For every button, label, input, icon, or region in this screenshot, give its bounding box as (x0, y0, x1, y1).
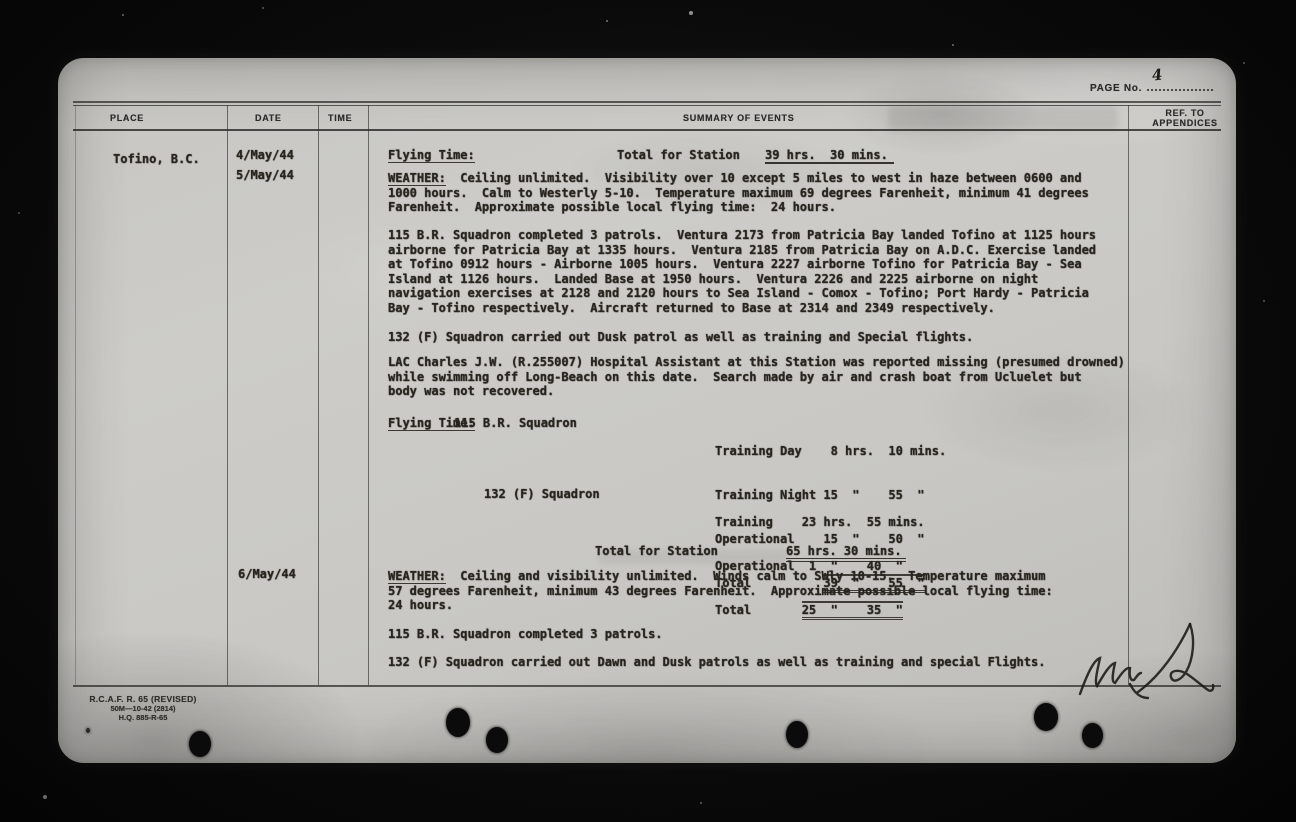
punch-hole (486, 727, 508, 753)
column-header-place: PLACE (110, 113, 144, 124)
squadron-115-label: 115 B.R. Squadron (454, 416, 577, 431)
station-total-label: Total for Station (617, 148, 740, 163)
dusk-patrol-line-132: 132 (F) Squadron carried out Dusk patrol… (388, 330, 973, 345)
weather-entry-4-5-may: WEATHER: Ceiling unlimited. Visibility o… (388, 171, 1089, 215)
table-row: Training Day 8 hrs. 10 mins. (715, 444, 946, 459)
dawn-dusk-line-6-may: 132 (F) Squadron carried out Dawn and Du… (388, 655, 1045, 670)
column-divider-time-summary (368, 105, 369, 685)
stamp-ghost-smudge (888, 106, 1118, 130)
column-header-summary: SUMMARY OF EVENTS (683, 113, 794, 124)
station-total-2-value: 65 hrs. 30 mins. (786, 544, 906, 559)
page-number-label: PAGE No. (1090, 83, 1142, 94)
header-rule-top-1 (73, 101, 1221, 103)
date-entry-4-may: 4/May/44 (236, 148, 294, 163)
weather-entry-6-may: WEATHER: Ceiling and visibility unlimite… (388, 569, 1053, 613)
weather-label: WEATHER: (388, 569, 446, 584)
column-divider-summary-ref (1128, 105, 1129, 685)
page-number: PAGE No. 4 (1090, 78, 1230, 96)
patrols-line-6-may: 115 B.R. Squadron completed 3 patrols. (388, 627, 663, 642)
date-entry-5-may: 5/May/44 (236, 168, 294, 183)
squadron-132-label: 132 (F) Squadron (484, 487, 600, 502)
column-divider-place-date (227, 105, 228, 685)
station-total-value: 39 hrs. 30 mins. (765, 148, 894, 163)
ink-speck (86, 728, 90, 733)
form-identifier: R.C.A.F. R. 65 (REVISED) 50M—10-42 (2814… (78, 694, 208, 722)
punch-hole (189, 731, 211, 757)
column-divider-left (75, 105, 76, 685)
form-id-line1: R.C.A.F. R. 65 (REVISED) (78, 694, 208, 704)
punch-hole (446, 708, 470, 737)
date-entry-6-may: 6/May/44 (238, 567, 296, 582)
column-header-ref-appendices: REF. TO APPENDICES (1141, 108, 1229, 128)
flying-time-table-132: Training 23 hrs. 55 mins. Operational 1 … (715, 486, 925, 647)
station-total-2-label: Total for Station (595, 544, 718, 559)
flying-time-label: Flying Time: (388, 148, 475, 163)
column-header-time: TIME (328, 113, 352, 124)
diary-sheet: PAGE No. 4 PLACE DATE TIME SUMMARY OF EV… (58, 58, 1236, 763)
weather-text: Ceiling unlimited. Visibility over 10 ex… (388, 171, 1089, 214)
table-row: Training 23 hrs. 55 mins. (715, 515, 925, 530)
punch-hole (786, 721, 808, 748)
column-header-date: DATE (255, 113, 282, 124)
casualty-report: LAC Charles J.W. (R.255007) Hospital Ass… (388, 355, 1125, 399)
form-id-line2: 50M—10-42 (2814) (78, 704, 208, 713)
weather-text: Ceiling and visibility unlimited. Winds … (388, 569, 1053, 612)
page-number-value: 4 (1151, 65, 1164, 84)
patrol-summary-115: 115 B.R. Squadron completed 3 patrols. V… (388, 228, 1096, 316)
punch-hole (1082, 723, 1103, 748)
column-divider-date-time (318, 105, 319, 685)
signature (1070, 620, 1230, 705)
weather-label: WEATHER: (388, 171, 446, 186)
form-id-line3: H.Q. 885-R-65 (78, 713, 208, 722)
punch-hole (1034, 703, 1058, 731)
scan-noise (0, 0, 2, 2)
footer-rule (73, 685, 1221, 687)
place-cell: Tofino, B.C. (113, 152, 200, 167)
flying-time-heading: Flying Time: (388, 148, 475, 163)
